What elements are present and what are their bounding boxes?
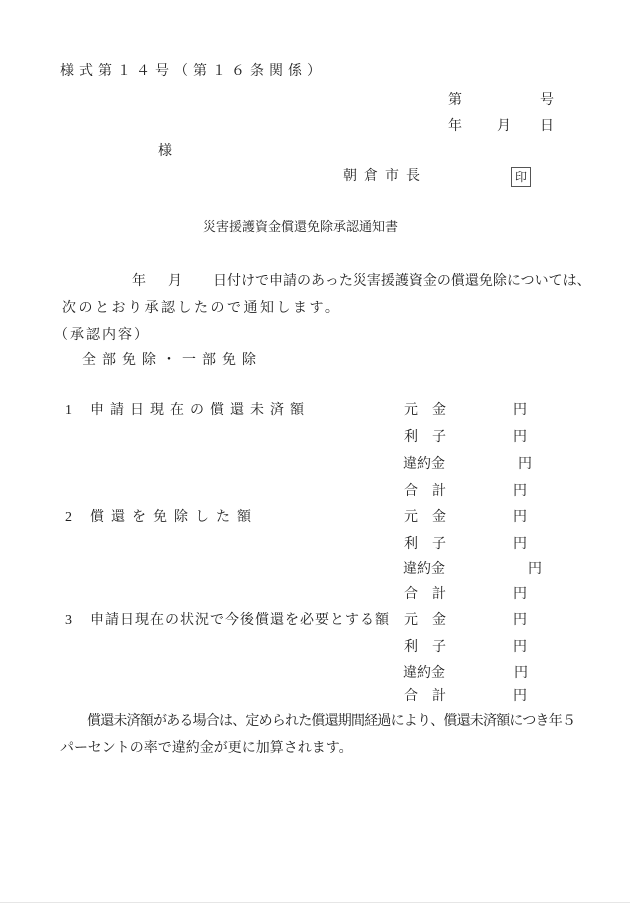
item1-row-penalty: 違約金 円 [0,458,630,476]
item3-number: 3 [65,614,72,628]
document-page: 様式第１４号（第１６条関係） 第 号 年 月 日 様 朝倉市長 印 災害援護資金… [0,0,630,903]
item2-number: 2 [65,511,72,525]
item2-row-penalty: 違約金 円 [0,563,630,581]
item1-number: 1 [65,404,72,418]
seal-mark: 印 [511,167,531,187]
item2-row-total: 合 計 円 [0,588,630,606]
item1-label: 申請日現在の償還未済額 [90,404,310,418]
sender-title: 朝倉市長 [343,170,427,184]
intro-line2: 次のとおり承認したので通知します。 [62,302,341,316]
item1-row-interest: 利 子 円 [0,431,630,449]
amount-label-total: 合 計 [404,690,446,704]
note-line1: 償還未済額がある場合は、定められた償還期間経過により、償還未済額につき年５ [87,715,575,729]
item2-label: 償還を免除した額 [90,511,258,525]
amount-label-principal: 元 金 [404,404,446,418]
amount-label-interest: 利 子 [404,641,446,655]
item3-label: 申請日現在の状況で今後償還を必要とする額 [90,614,390,628]
document-number-line: 第 号 [0,94,630,112]
item2-row-interest: 利 子 円 [0,538,630,556]
item3-row-interest: 利 子 円 [0,641,630,659]
date-year-label: 年 [448,120,462,134]
amount-unit-yen: 円 [513,538,527,552]
exemption-options: 全部免除・一部免除 [82,354,262,368]
amount-unit-yen: 円 [513,485,527,499]
item3-row-penalty: 違約金 円 [0,667,630,685]
amount-label-total: 合 計 [404,485,446,499]
intro-line1: 年 月 日付けで申請のあった災害援護資金の償還免除については、 [0,275,630,293]
amount-unit-yen: 円 [513,588,527,602]
approval-heading: （承認内容） [54,329,150,343]
amount-unit-yen: 円 [513,641,527,655]
amount-unit-yen: 円 [513,511,527,525]
amount-label-penalty: 違約金 [403,563,445,577]
amount-unit-yen: 円 [514,667,528,681]
amount-unit-yen: 円 [513,431,527,445]
amount-unit-yen: 円 [513,404,527,418]
amount-label-interest: 利 子 [404,431,446,445]
intro-month-label: 月 [168,275,182,289]
doc-number-suffix: 号 [540,94,554,108]
item3-row-principal: 3 申請日現在の状況で今後償還を必要とする額 元 金 円 [0,614,630,632]
date-month-label: 月 [497,120,511,134]
amount-unit-yen: 円 [513,614,527,628]
amount-label-total: 合 計 [404,588,446,602]
intro-year-label: 年 [132,275,146,289]
date-day-label: 日 [540,120,554,134]
amount-unit-yen: 円 [528,563,542,577]
amount-label-penalty: 違約金 [403,458,445,472]
amount-unit-yen: 円 [518,458,532,472]
intro-line1-text: 日付けで申請のあった災害援護資金の償還免除については、 [213,275,591,289]
item1-row-total: 合 計 円 [0,485,630,503]
sender-line: 朝倉市長 印 [0,170,630,190]
form-number: 様式第１４号（第１６条関係） [60,65,326,79]
document-title: 災害援護資金償還免除承認通知書 [203,220,398,233]
amount-label-principal: 元 金 [404,511,446,525]
item1-row-principal: 1 申請日現在の償還未済額 元 金 円 [0,404,630,422]
item3-row-total: 合 計 円 [0,690,630,708]
amount-unit-yen: 円 [513,690,527,704]
item2-row-principal: 2 償還を免除した額 元 金 円 [0,511,630,529]
amount-label-principal: 元 金 [404,614,446,628]
date-line: 年 月 日 [0,120,630,138]
doc-number-prefix: 第 [448,94,462,108]
recipient-suffix: 様 [158,145,172,159]
note-line2: パーセントの率で違約金が更に加算されます。 [60,742,353,756]
amount-label-penalty: 違約金 [403,667,445,681]
amount-label-interest: 利 子 [404,538,446,552]
